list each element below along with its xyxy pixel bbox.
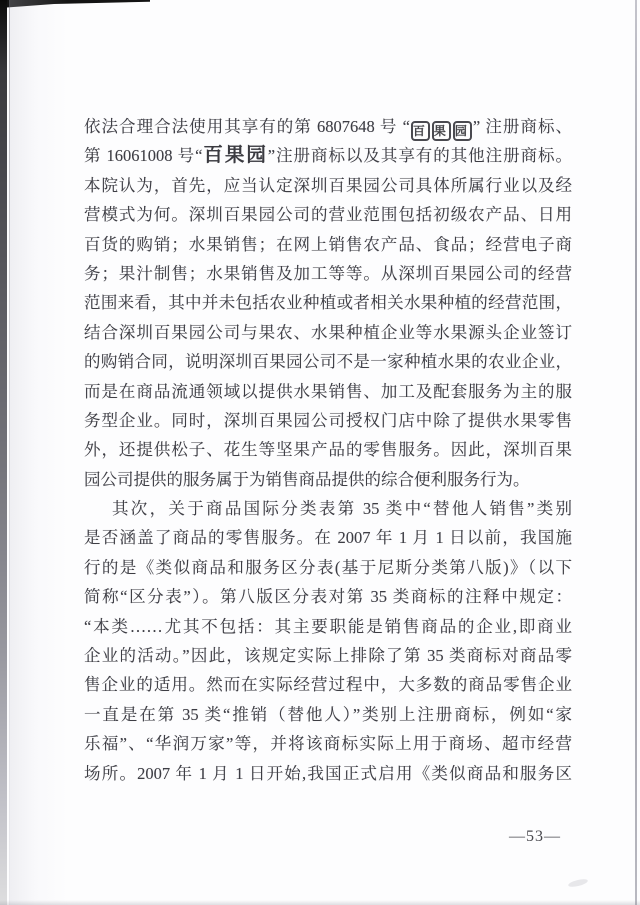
- logo-char: 果: [432, 121, 451, 141]
- text-line-10: 而是在商品流通领域以提供水果销售、加工及配套服务为主的服: [84, 377, 572, 406]
- text-segment: 园公司提供的服务属于为销售商品提供的综合便利服务行为。: [84, 470, 530, 489]
- text-segment: 乐福”、“华润万家”等，并将该商标实际上用于商场、超市经营: [84, 734, 572, 753]
- logo-char: 百: [411, 121, 430, 141]
- text-segment: 一直是在第 35 类“推销（替他人）”类别上注册商标，例如“家: [84, 705, 572, 724]
- text-line-11: 务型企业。同时，深圳百果园公司授权门店中除了提供水果零售: [84, 406, 572, 435]
- logo-char: 园: [453, 121, 472, 141]
- text-line-6: 务；果汁制售；水果销售及加工等等。从深圳百果园公司的经营: [84, 259, 572, 288]
- text-line-13: 园公司提供的服务属于为销售商品提供的综合便利服务行为。: [84, 465, 572, 494]
- text-line-2: 第 16061008 号“百果园”注册商标以及其享有的其他注册商标。: [84, 141, 572, 170]
- text-line-14: 其次，关于商品国际分类表第 35 类中“替他人销售”类别: [84, 494, 572, 523]
- text-segment: 售企业的适用。然而在实际经营过程中，大多数的商品零售企业: [84, 675, 572, 694]
- text-line-15: 是否涵盖了商品的零售服务。在 2007 年 1 月 1 日以前，我国施: [84, 523, 572, 552]
- judgment-body-text: 依法合理合法使用其享有的第 6807648 号 “百果园” 注册商标、第 160…: [84, 112, 572, 788]
- text-segment: 其次，关于商品国际分类表第 35 类中“替他人销售”类别: [112, 499, 572, 518]
- text-segment: 的购销合同，说明深圳百果园公司不是一家种植水果的农业企业，: [84, 352, 572, 371]
- scan-smudge: [568, 878, 589, 889]
- scan-artifact-right-line: [635, 0, 637, 905]
- text-line-1: 依法合理合法使用其享有的第 6807648 号 “百果园” 注册商标、: [84, 112, 572, 141]
- scan-gutter-shadow: [10, 0, 68, 905]
- text-line-5: 百货的购销；水果销售；在网上销售农产品、食品；经营电子商: [84, 230, 572, 259]
- text-segment: 企业的活动。”因此，该规定实际上排除了第 35 类商标对商品零: [84, 646, 572, 665]
- text-line-18: “本类……尤其不包括：其主要职能是销售商品的企业,即商业: [84, 612, 572, 641]
- text-segment: 简称“区分表”）。第八版区分表对第 35 类商标的注释中规定：: [84, 587, 572, 606]
- scan-artifact-binding-strip: [0, 0, 7, 905]
- text-segment: 外，还提供松子、花生等坚果产品的零售服务。因此，深圳百果: [84, 440, 572, 459]
- text-segment: 是否涵盖了商品的零售服务。在 2007 年 1 月 1 日以前，我国施: [84, 528, 572, 547]
- text-segment: “本类……尤其不包括：其主要职能是销售商品的企业,即商业: [84, 617, 572, 636]
- text-segment: 结合深圳百果园公司与果农、水果种植企业等水果源头企业签订: [84, 323, 572, 342]
- scan-artifact-bottom-edge: [0, 900, 640, 905]
- text-segment: 本院认为，首先，应当认定深圳百果园公司具体所属行业以及经: [84, 176, 572, 195]
- text-segment: ”注册商标以及其享有的其他注册商标。: [268, 146, 572, 165]
- text-line-12: 外，还提供松子、花生等坚果产品的零售服务。因此，深圳百果: [84, 435, 572, 464]
- page-number: —53—: [498, 828, 572, 846]
- text-segment: 行的是《类似商品和服务区分表(基于尼斯分类第八版)》（以下: [84, 558, 572, 577]
- text-segment: 场所。2007 年 1 月 1 日开始,我国正式启用《类似商品和服务区: [84, 764, 572, 783]
- text-line-9: 的购销合同，说明深圳百果园公司不是一家种植水果的农业企业，: [84, 347, 572, 376]
- text-segment: 务型企业。同时，深圳百果园公司授权门店中除了提供水果零售: [84, 411, 572, 430]
- text-line-4: 营模式为何。深圳百果园公司的营业范围包括初级农产品、日用: [84, 200, 572, 229]
- baiguoyuan-logo: 百果园: [410, 117, 473, 136]
- text-line-16: 行的是《类似商品和服务区分表(基于尼斯分类第八版)》（以下: [84, 553, 572, 582]
- text-line-3: 本院认为，首先，应当认定深圳百果园公司具体所属行业以及经: [84, 171, 572, 200]
- text-line-22: 乐福”、“华润万家”等，并将该商标实际上用于商场、超市经营: [84, 729, 572, 758]
- text-segment: 百货的购销；水果销售；在网上销售农产品、食品；经营电子商: [84, 235, 572, 254]
- text-segment: 务；果汁制售；水果销售及加工等等。从深圳百果园公司的经营: [84, 264, 572, 283]
- text-segment: 营模式为何。深圳百果园公司的营业范围包括初级农产品、日用: [84, 205, 572, 224]
- text-segment: 范围来看，其中并未包括农业种植或者相关水果种植的经营范围，: [84, 293, 572, 312]
- text-line-19: 企业的活动。”因此，该规定实际上排除了第 35 类商标对商品零: [84, 641, 572, 670]
- scanned-document-page: 依法合理合法使用其享有的第 6807648 号 “百果园” 注册商标、第 160…: [0, 0, 640, 905]
- text-line-21: 一直是在第 35 类“推销（替他人）”类别上注册商标，例如“家: [84, 700, 572, 729]
- text-segment: 第 16061008 号“: [84, 146, 202, 165]
- text-segment: 依法合理合法使用其享有的第 6807648 号 “: [84, 117, 410, 136]
- text-line-17: 简称“区分表”）。第八版区分表对第 35 类商标的注释中规定：: [84, 582, 572, 611]
- text-segment: 而是在商品流通领域以提供水果销售、加工及配套服务为主的服: [84, 382, 572, 401]
- text-line-23: 场所。2007 年 1 月 1 日开始,我国正式启用《类似商品和服务区: [84, 759, 572, 788]
- text-line-7: 范围来看，其中并未包括农业种植或者相关水果种植的经营范围，: [84, 288, 572, 317]
- text-line-8: 结合深圳百果园公司与果农、水果种植企业等水果源头企业签订: [84, 318, 572, 347]
- baiguoyuan-bold-mark: 百果园: [202, 144, 267, 166]
- text-line-20: 售企业的适用。然而在实际经营过程中，大多数的商品零售企业: [84, 670, 572, 699]
- text-segment: ” 注册商标、: [473, 117, 572, 136]
